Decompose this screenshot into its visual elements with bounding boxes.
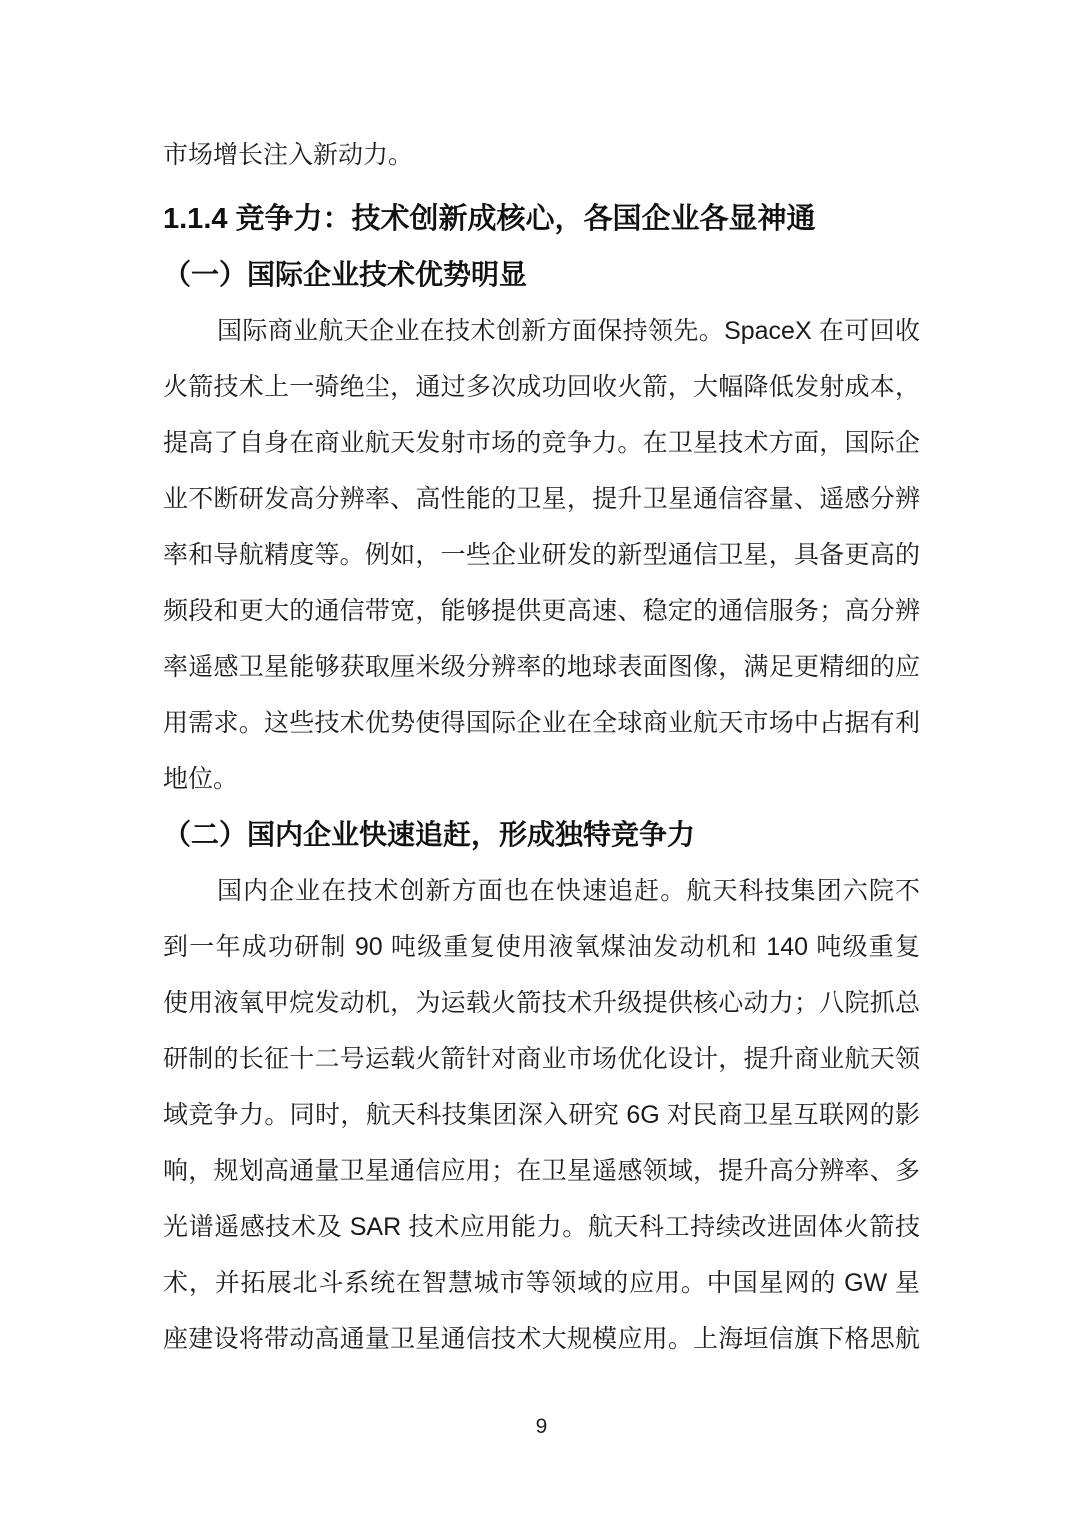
body-line: 提高了自身在商业航天发射市场的竞争力。在卫星技术方面，国际企 [163, 415, 920, 471]
body-line: 国内企业在技术创新方面也在快速追赶。航天科技集团六院不 [163, 863, 920, 919]
document-content: 市场增长注入新动力。1.1.4 竞争力：技术创新成核心，各国企业各显神通（一）国… [163, 127, 920, 1455]
page-number: 9 [536, 1415, 548, 1438]
body-line: 光谱遥感技术及 SAR 技术应用能力。航天科工持续改进固体火箭技 [163, 1199, 920, 1255]
body-line: 用需求。这些技术优势使得国际企业在全球商业航天市场中占据有利 [163, 695, 920, 751]
body-line: 地位。 [163, 751, 920, 807]
body-line: 术，并拓展北斗系统在智慧城市等领域的应用。中国星网的 GW 星 [163, 1255, 920, 1311]
body-line: 到一年成功研制 90 吨级重复使用液氧煤油发动机和 140 吨级重复 [163, 919, 920, 975]
document-page: 市场增长注入新动力。1.1.4 竞争力：技术创新成核心，各国企业各显神通（一）国… [0, 0, 1080, 1526]
paragraph: 国际商业航天企业在技术创新方面保持领先。SpaceX 在可回收火箭技术上一骑绝尘… [163, 303, 920, 807]
subsection-heading: （一）国际企业技术优势明显 [163, 247, 920, 303]
body-line: 国际商业航天企业在技术创新方面保持领先。SpaceX 在可回收 [163, 303, 920, 359]
body-line: 域竞争力。同时，航天科技集团深入研究 6G 对民商卫星互联网的影 [163, 1087, 920, 1143]
paragraph: 市场增长注入新动力。 [163, 127, 920, 183]
body-line: 响，规划高通量卫星通信应用；在卫星遥感领域，提升高分辨率、多 [163, 1143, 920, 1199]
paragraph: 国内企业在技术创新方面也在快速追赶。航天科技集团六院不到一年成功研制 90 吨级… [163, 863, 920, 1367]
body-line: 研制的长征十二号运载火箭针对商业市场优化设计，提升商业航天领 [163, 1031, 920, 1087]
body-line: 使用液氧甲烷发动机，为运载火箭技术升级提供核心动力；八院抓总 [163, 975, 920, 1031]
subsection-heading: （二）国内企业快速追赶，形成独特竞争力 [163, 807, 920, 863]
body-line: 座建设将带动高通量卫星通信技术大规模应用。上海垣信旗下格思航 [163, 1311, 920, 1367]
body-line: 火箭技术上一骑绝尘，通过多次成功回收火箭，大幅降低发射成本， [163, 359, 920, 415]
section-heading: 1.1.4 竞争力：技术创新成核心，各国企业各显神通 [163, 191, 920, 247]
body-line: 率和导航精度等。例如，一些企业研发的新型通信卫星，具备更高的 [163, 527, 920, 583]
body-line: 业不断研发高分辨率、高性能的卫星，提升卫星通信容量、遥感分辨 [163, 471, 920, 527]
page-footer: 9 [163, 1399, 920, 1455]
body-line: 频段和更大的通信带宽，能够提供更高速、稳定的通信服务；高分辨 [163, 583, 920, 639]
body-line: 率遥感卫星能够获取厘米级分辨率的地球表面图像，满足更精细的应 [163, 639, 920, 695]
body-line: 市场增长注入新动力。 [163, 127, 920, 183]
